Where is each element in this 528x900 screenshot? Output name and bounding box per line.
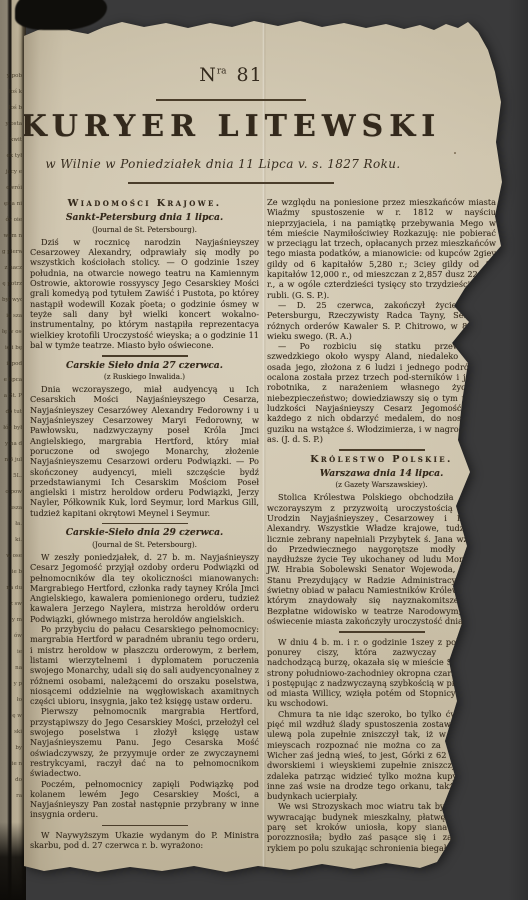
issue-superscript: ra [217, 67, 227, 77]
source-gazeta-warszawska: (z Gazety Warszawskiey). [267, 480, 496, 490]
adjacent-page-edge: y pobłoś kłoś by ostakwitok tyłjący eowr… [0, 0, 26, 900]
section-divider-rule [102, 523, 188, 524]
section-divider-rule [339, 449, 425, 450]
masthead: Nra81 KURYER LITEWSKI w Wilnie w Poniedz… [0, 64, 464, 184]
article-paragraph: W zeszły poniedziałek, d. 27 b. m. Nayja… [30, 552, 259, 624]
issue-prefix: N [199, 64, 217, 86]
article-columns: Wiadomości Krajowe. Sankt-Petersburg dni… [30, 197, 496, 853]
newspaper-page: Nra81 KURYER LITEWSKI w Wilnie w Poniedz… [24, 0, 506, 900]
article-paragraph: Pierwszy pełnomocnik margrabia Hertford,… [30, 706, 259, 778]
dateline-warszawa: Warszawa dnia 14 lipca. [267, 469, 496, 479]
source-journal-petersbourg: (Journal de St. Petersbourg). [30, 225, 259, 235]
article-paragraph: — D. 25 czerwca, zakończył życie w St. P… [267, 300, 496, 341]
section-heading-wiadomosci-krajowe: Wiadomości Krajowe. [30, 199, 259, 209]
masthead-rule-bottom [128, 182, 334, 184]
source-journal-petersbourg: (Journal de St. Petersbourg). [30, 540, 259, 550]
scanner-background: y pobłoś kłoś by ostakwitok tyłjący eowr… [0, 0, 528, 900]
article-paragraph: Dziś w rocznicę narodzin Nayjaśnieyszey … [30, 237, 259, 350]
page-content: Nra81 KURYER LITEWSKI w Wilnie w Poniedz… [24, 0, 506, 853]
section-divider-rule [102, 355, 188, 356]
section-heading-krolestwo-polskie: Królestwo Polskie. [267, 455, 496, 465]
article-paragraph: We wsi Strozyskach moc wiatru tak była w… [267, 801, 496, 852]
article-paragraph: Ze względu na poniesione przez mieszkańc… [267, 197, 496, 300]
section-divider-rule [102, 825, 188, 826]
masthead-rule-top [156, 99, 306, 101]
dateline-petersburg: Sankt-Petersburg dnia 1 lipca. [30, 213, 259, 223]
masthead-title: KURYER LITEWSKI [0, 109, 464, 144]
article-paragraph: Stolica Królestwa Polskiego obchodziła n… [267, 492, 496, 626]
source-ruski-inwalid: (z Ruskiego Inwalida.) [30, 372, 259, 382]
article-paragraph: — Po rozbiciu się statku przewozowego sz… [267, 341, 496, 444]
spine-bottom-shadow [0, 822, 26, 900]
article-paragraph: Poczém, pełnomocnicy zapięli Podwiązkę p… [30, 779, 259, 820]
issue-number: Nra81 [0, 64, 464, 86]
right-column: Ze względu na poniesione przez mieszkańc… [267, 197, 496, 853]
article-paragraph: Po przybyciu do pałacu Cesarskiego pełno… [30, 624, 259, 706]
dateline-carskie-sielo-29: Carskie-Sieło dnia 29 czerwca. [30, 528, 259, 538]
article-paragraph: W Naywyższym Ukazie wydanym do P. Minist… [30, 830, 259, 851]
left-column: Wiadomości Krajowe. Sankt-Petersburg dni… [30, 197, 259, 853]
article-paragraph: Dnia wczorayszego, miał audyencyą u Ich … [30, 384, 259, 518]
article-paragraph: Chmura ta nie idąc szeroko, bo tylko ćwi… [267, 709, 496, 802]
section-divider-rule [339, 631, 425, 632]
dateline-carskie-sielo-27: Carskie Sieło dnia 27 czerwca. [30, 361, 259, 371]
masthead-dateline: w Wilnie w Poniedziałek dnia 11 Lipca v.… [0, 157, 456, 171]
adjacent-page-text-fragments: y pobłoś kłoś by ostakwitok tyłjący eowr… [2, 68, 22, 830]
issue-value: 81 [237, 64, 263, 86]
newspaper-page-wrap: Nra81 KURYER LITEWSKI w Wilnie w Poniedz… [24, 0, 506, 900]
article-paragraph: W dniu 4 b. m. i r. o godzinie 1szey z p… [267, 637, 496, 709]
